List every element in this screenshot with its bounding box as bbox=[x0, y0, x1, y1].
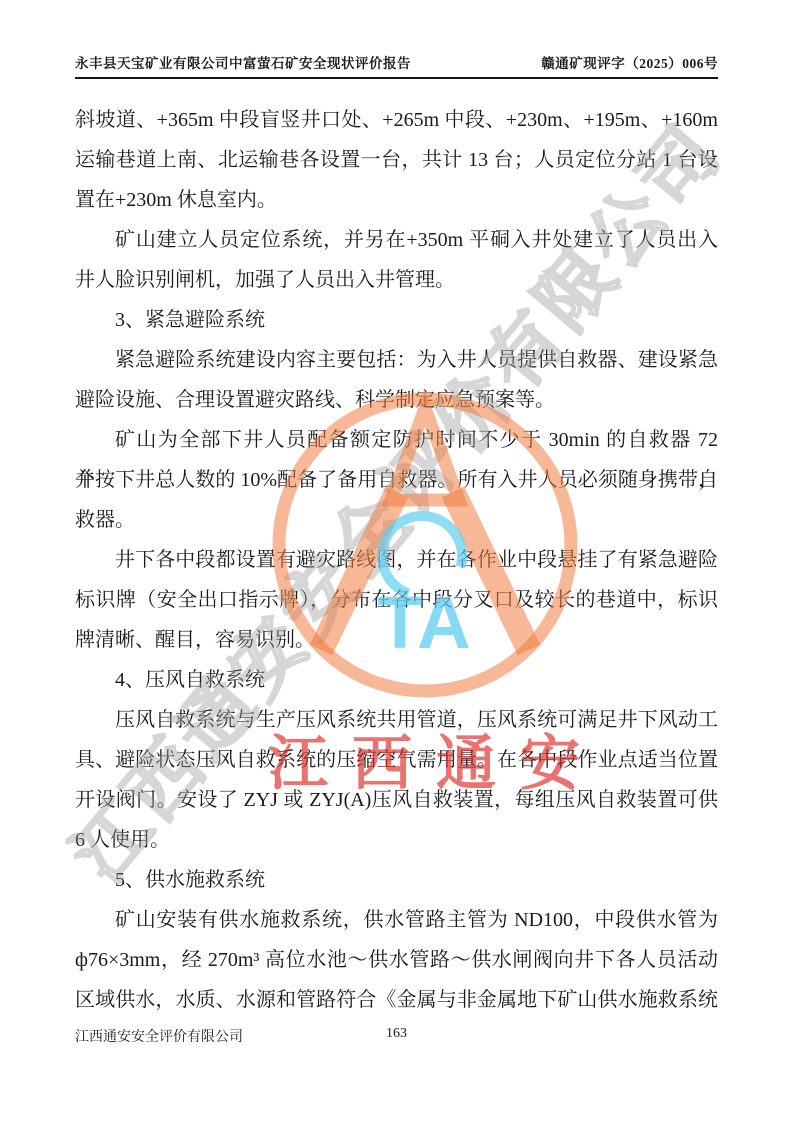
body-line: 牌清晰、醒目，容易识别。 bbox=[75, 620, 718, 660]
body-line: 3、紧急避险系统 bbox=[75, 300, 718, 340]
body-line: 矿山安装有供水施救系统，供水管路主管为 ND100，中段供水管为 bbox=[75, 900, 718, 940]
header-doc-number: 赣通矿现评字（2025）006号 bbox=[541, 52, 718, 72]
body-line: ф76×3mm，经 270m³ 高位水池～供水管路～供水闸阀向井下各人员活动 bbox=[75, 940, 718, 980]
body-line: 运输巷道上南、北运输巷各设置一台，共计 13 台；人员定位分站 1 台设 bbox=[75, 140, 718, 180]
body-line: 井下各中段都设置有避灾路线图，并在各作业中段悬挂了有紧急避险 bbox=[75, 540, 718, 580]
document-page: 永丰县天宝矿业有限公司中富萤石矿安全现状评价报告 赣通矿现评字（2025）006… bbox=[0, 0, 793, 1122]
body-line: 井人脸识别闸机，加强了人员出入井管理。 bbox=[75, 260, 718, 300]
body-text: 斜坡道、+365m 中段盲竖井口处、+265m 中段、+230m、+195m、+… bbox=[75, 100, 718, 1020]
body-line: 紧急避险系统建设内容主要包括：为入井人员提供自救器、建设紧急 bbox=[75, 340, 718, 380]
body-line: 具、避险状态压风自救系统的压缩空气需用量。在各中段作业点适当位置 bbox=[75, 740, 718, 780]
page-footer: 江西通安安全评价有限公司 163 bbox=[75, 1026, 718, 1050]
body-line: 矿山建立人员定位系统，并另在+350m 平硐入井处建立了人员出入 bbox=[75, 220, 718, 260]
body-line: 置在+230m 休息室内。 bbox=[75, 180, 718, 220]
page-number: 163 bbox=[75, 1026, 718, 1042]
body-line: 4、压风自救系统 bbox=[75, 660, 718, 700]
header-report-title: 永丰县天宝矿业有限公司中富萤石矿安全现状评价报告 bbox=[75, 52, 411, 72]
body-line: 区域供水，水质、水源和管路符合《金属与非金属地下矿山供水施救系统 bbox=[75, 980, 718, 1020]
body-line: 压风自救系统与生产压风系统共用管道，压风系统可满足井下风动工 bbox=[75, 700, 718, 740]
body-line: 避险设施、合理设置避灾路线、科学制定应急预案等。 bbox=[75, 380, 718, 420]
body-line: 6 人使用。 bbox=[75, 820, 718, 860]
body-line: 斜坡道、+365m 中段盲竖井口处、+265m 中段、+230m、+195m、+… bbox=[75, 100, 718, 140]
body-line: 矿山为全部下井人员配备额定防护时间不少于 30min 的自救器 72 个， bbox=[75, 420, 718, 460]
page-header: 永丰县天宝矿业有限公司中富萤石矿安全现状评价报告 赣通矿现评字（2025）006… bbox=[75, 52, 718, 79]
body-line: 开设阀门。安设了 ZYJ 或 ZYJ(A)压风自救装置，每组压风自救装置可供 bbox=[75, 780, 718, 820]
body-line: 并按下井总人数的 10%配备了备用自救器。所有入井人员必须随身携带自 bbox=[75, 460, 718, 500]
body-line: 救器。 bbox=[75, 500, 718, 540]
body-line: 5、供水施救系统 bbox=[75, 860, 718, 900]
body-line: 标识牌（安全出口指示牌），分布在各中段分叉口及较长的巷道中，标识 bbox=[75, 580, 718, 620]
